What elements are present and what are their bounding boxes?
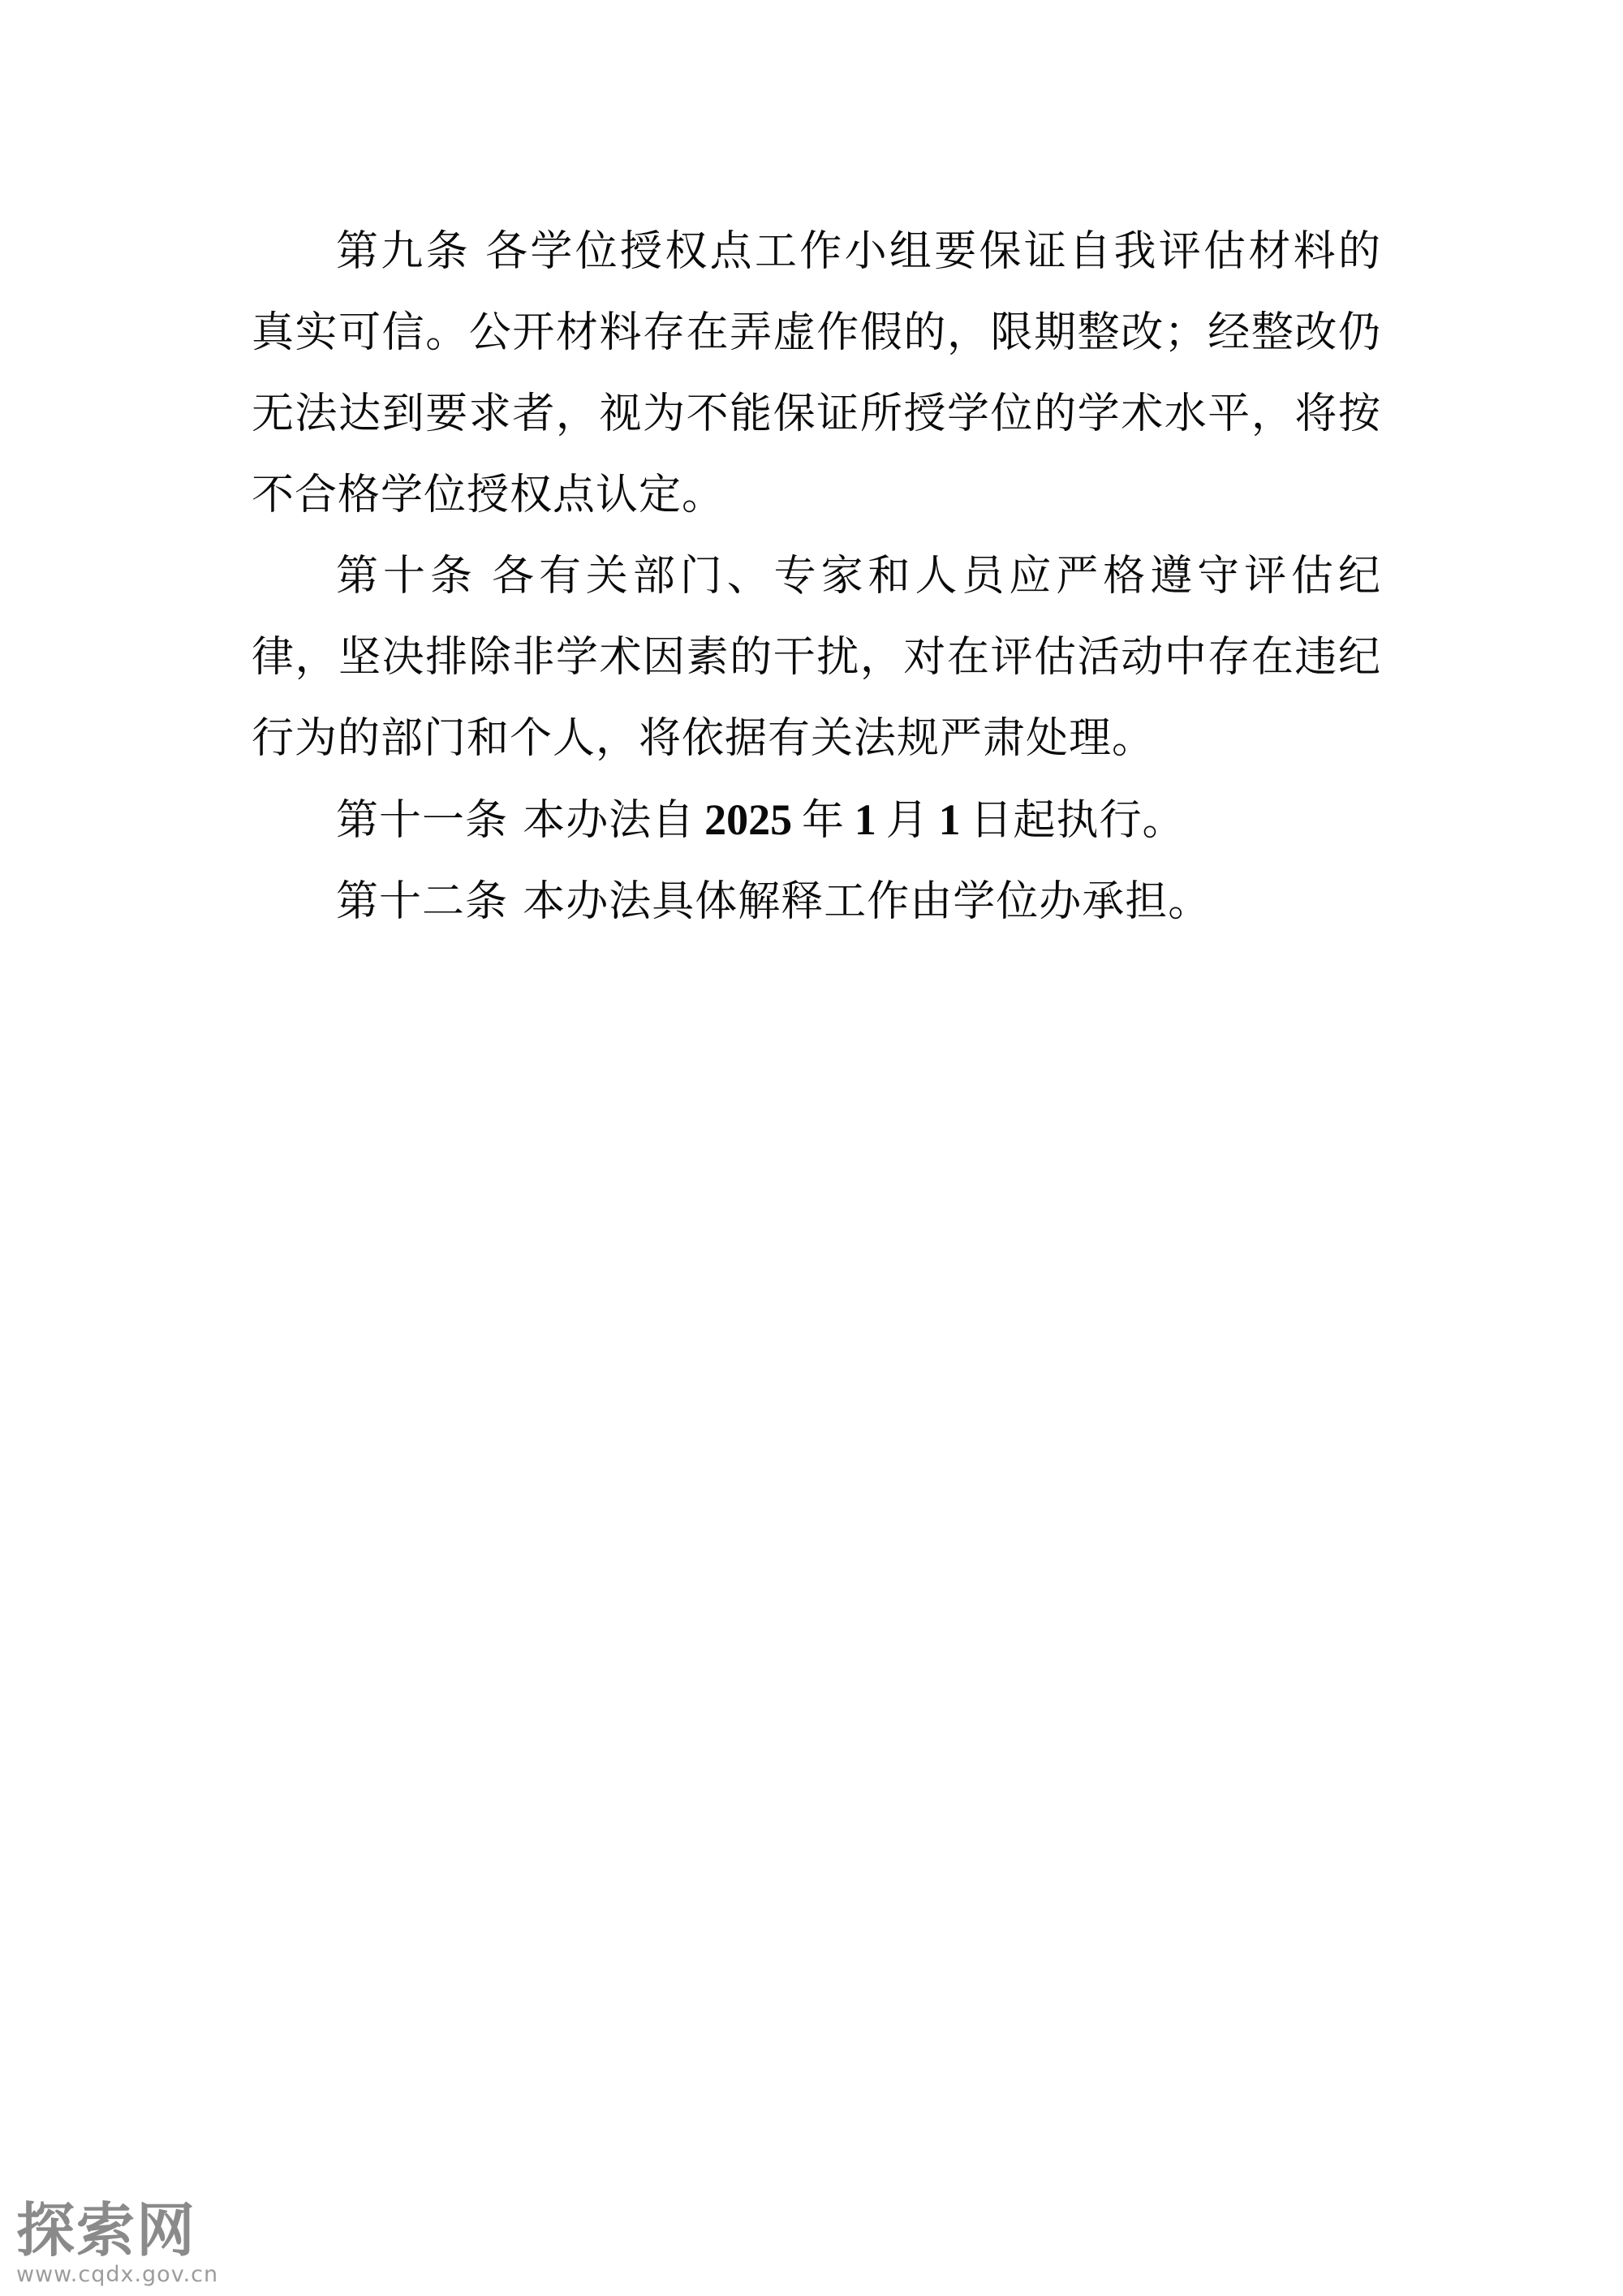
article-11-month-unit: 月	[886, 796, 929, 845]
paragraph-article-11: 第十一条本办法自2025年1月1日起执行。	[252, 779, 1381, 861]
document-page: 第九条各学位授权点工作小组要保证自我评估材料的真实可信。公开材料存在弄虚作假的，…	[0, 0, 1623, 2296]
article-11-month: 1	[855, 795, 876, 844]
article-12-label: 第十二条	[336, 877, 508, 926]
watermark-logo-text: 探索网	[16, 2198, 218, 2263]
article-11-text-pre: 本办法自	[523, 796, 695, 845]
paragraph-article-12: 第十二条本办法具体解释工作由学位办承担。	[252, 861, 1381, 942]
article-11-year: 2025	[704, 795, 792, 844]
article-9-label: 第九条	[336, 227, 471, 276]
document-body: 第九条各学位授权点工作小组要保证自我评估材料的真实可信。公开材料存在弄虚作假的，…	[252, 211, 1381, 942]
paragraph-article-9: 第九条各学位授权点工作小组要保证自我评估材料的真实可信。公开材料存在弄虚作假的，…	[252, 211, 1381, 536]
watermark: 探索网 www.cqdx.gov.cn	[16, 2198, 218, 2287]
watermark-url: www.cqdx.gov.cn	[16, 2263, 218, 2287]
article-11-day: 1	[939, 795, 961, 844]
article-12-text: 本办法具体解释工作由学位办承担。	[523, 877, 1211, 926]
article-11-label: 第十一条	[336, 796, 508, 845]
article-11-text-post: 日起执行。	[971, 796, 1186, 845]
paragraph-article-10: 第十条各有关部门、专家和人员应严格遵守评估纪律，坚决排除非学术因素的干扰，对在评…	[252, 536, 1381, 779]
article-11-year-unit: 年	[802, 796, 845, 845]
article-10-label: 第十条	[336, 552, 477, 601]
